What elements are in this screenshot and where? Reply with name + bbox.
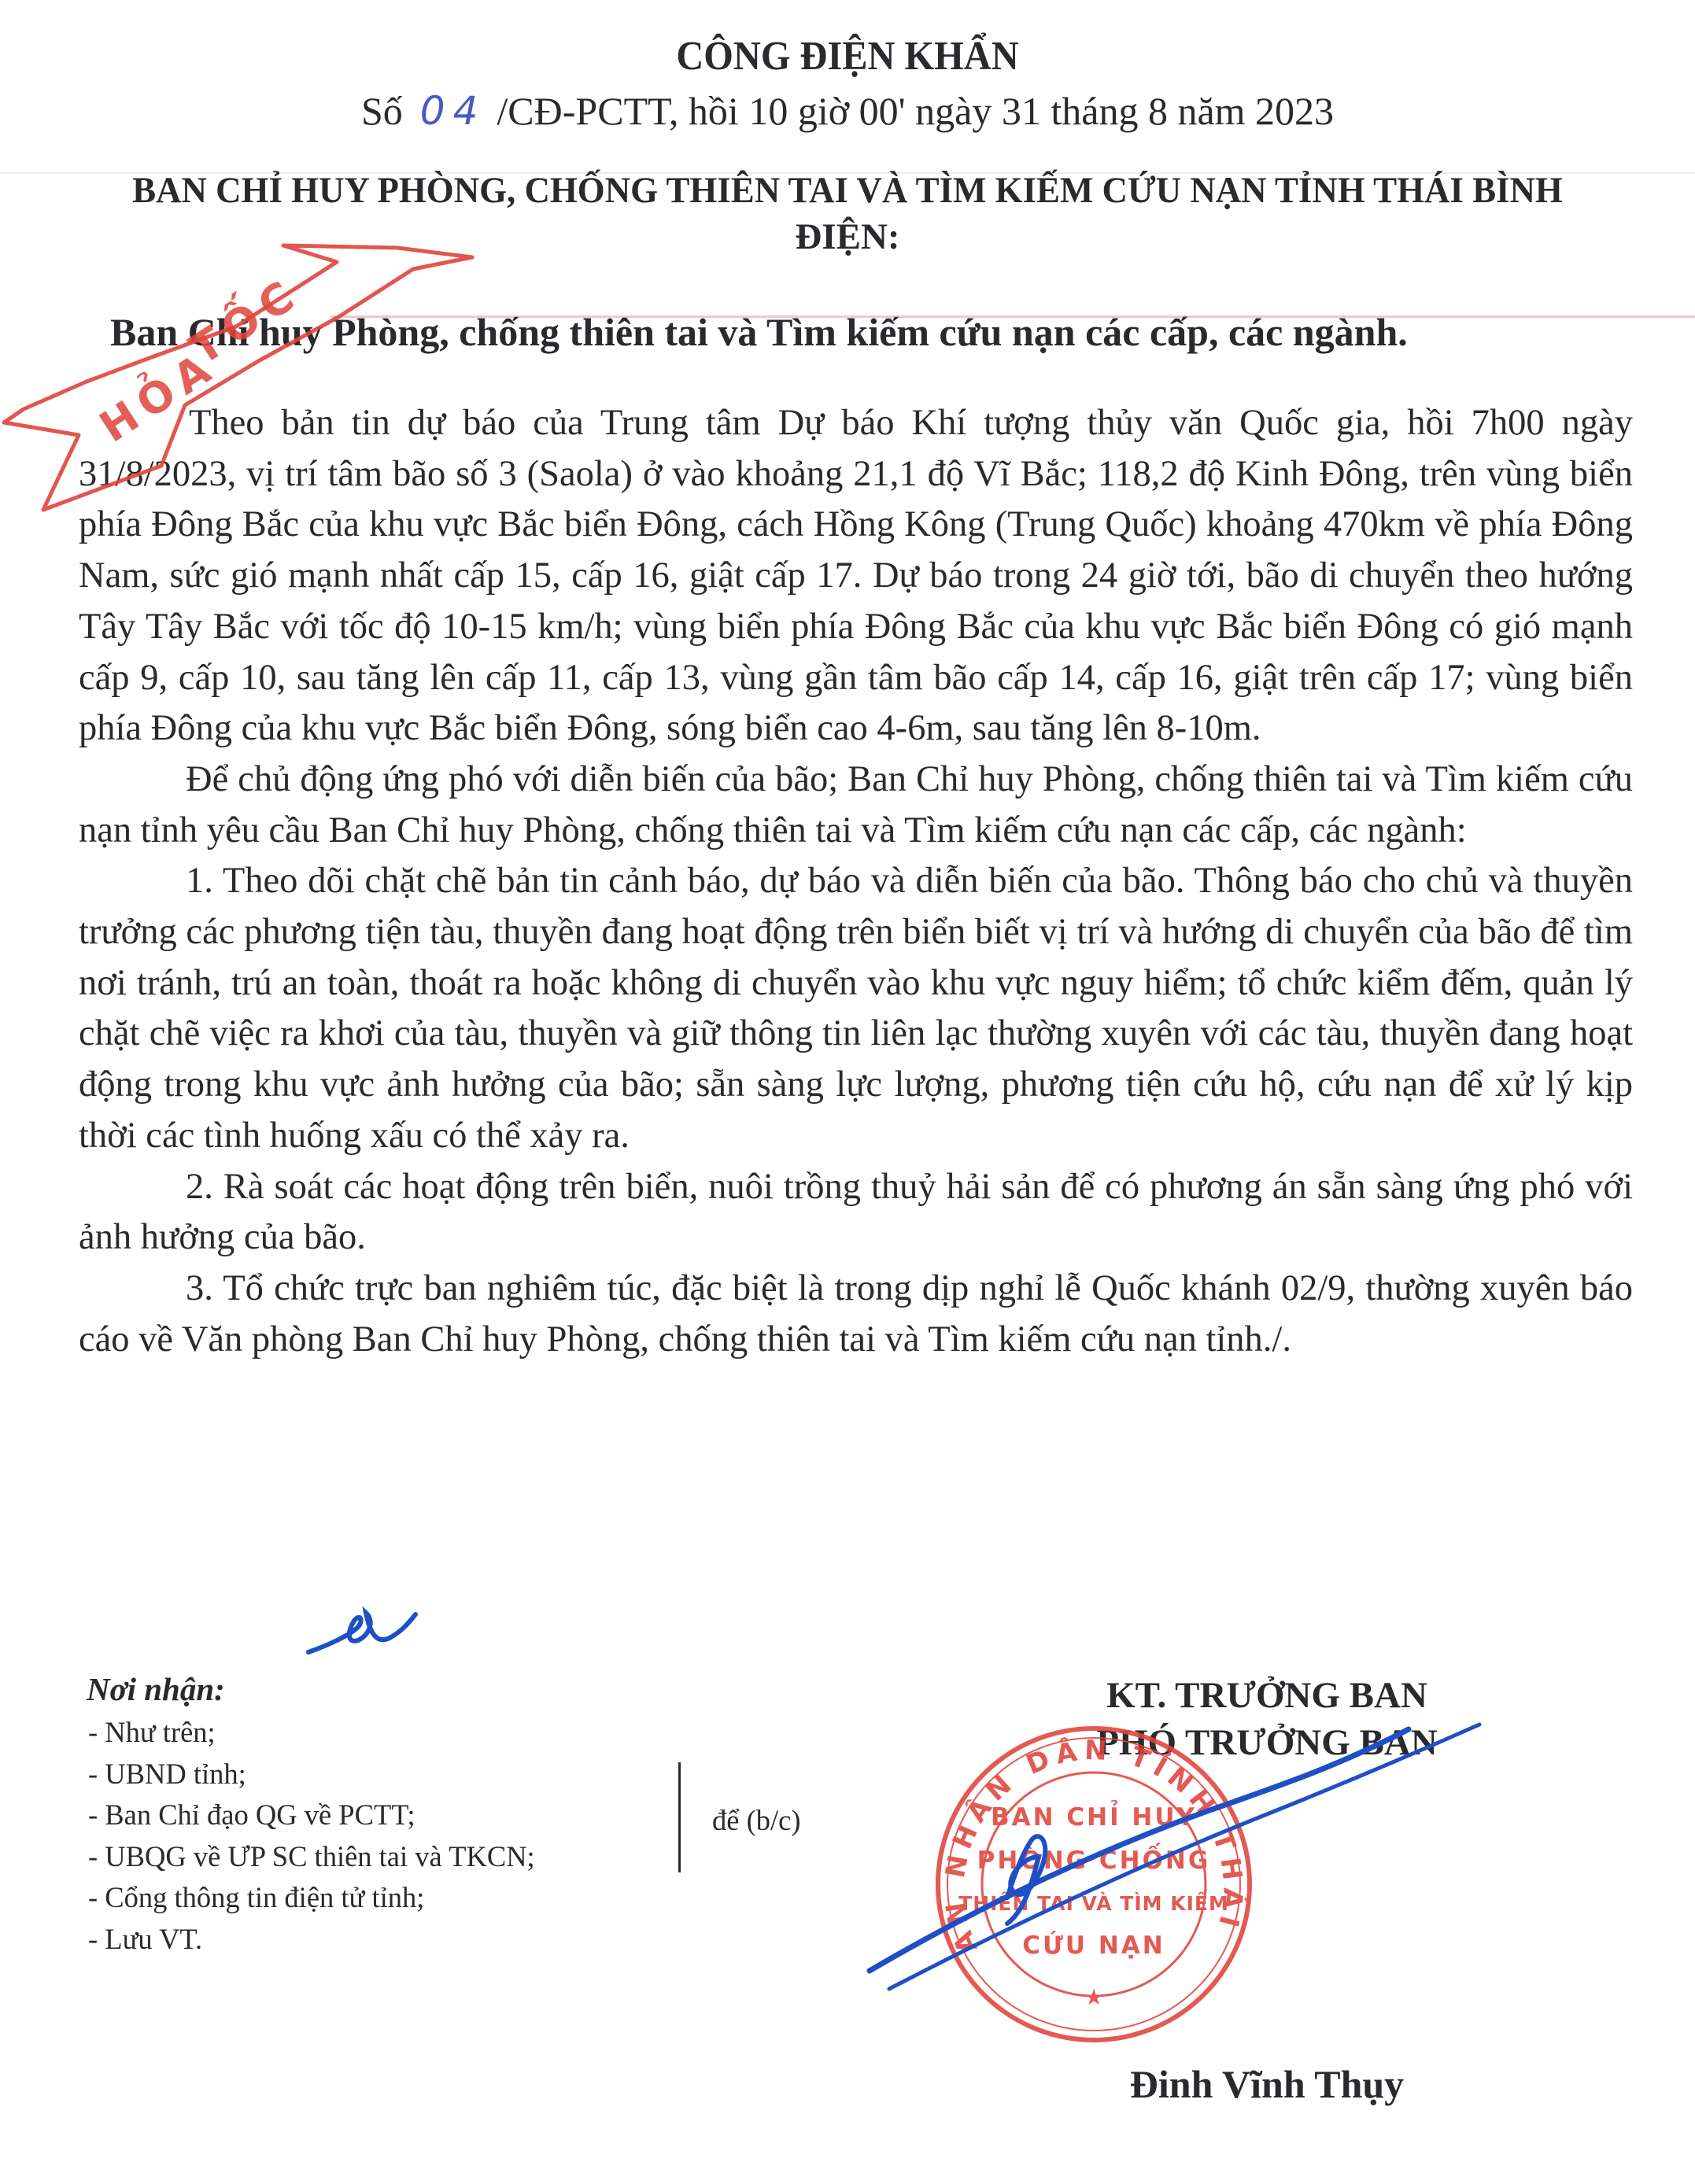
paragraph-item-3: 3. Tổ chức trực ban nghiêm túc, đặc biệt… (79, 1264, 1633, 1365)
paragraph-item-2: 2. Rà soát các hoạt động trên biển, nuôi… (79, 1162, 1633, 1264)
recipients-list: - Như trên; - UBND tỉnh; - Ban Chỉ đạo Q… (88, 1712, 535, 1960)
signer-name: Đinh Vĩnh Thụy (1007, 2061, 1527, 2107)
signature-title-2: PHÓ TRƯỞNG BAN (1007, 1721, 1527, 1764)
paragraph-item-1: 1. Theo dõi chặt chẽ bản tin cảnh báo, d… (79, 856, 1633, 1161)
svg-text:THIÊN TAI VÀ TÌM KIẾM: THIÊN TAI VÀ TÌM KIẾM (958, 1889, 1229, 1915)
issuer-label: ĐIỆN: (0, 216, 1695, 258)
initials-signature-icon (308, 1613, 415, 1652)
seal-star-icon: ★ (1084, 1986, 1103, 2010)
paragraph-forecast: Theo bản tin dự báo của Trung tâm Dự báo… (79, 398, 1633, 754)
recipient-item: - Ban Chỉ đạo QG về PCTT; (88, 1795, 535, 1836)
svg-text:PHÒNG CHỐNG: PHÒNG CHỐNG (977, 1843, 1211, 1875)
recipient-item: - UBQG về ƯP SC thiên tai và TKCN; (88, 1836, 535, 1878)
recipient-item: - Như trên; (88, 1712, 535, 1754)
recipient-item: - UBND tỉnh; (88, 1754, 535, 1795)
number-prefix: Số (361, 89, 403, 133)
main-signature-icon (870, 1725, 1479, 1989)
addressee: Ban Chỉ huy Phòng, chống thiên tai và Tì… (110, 309, 1408, 355)
recipients-title: Nơi nhận: (87, 1670, 225, 1708)
recipients-note: để (b/c) (712, 1803, 800, 1837)
document-number-line: Số04/CĐ-PCTT, hồi 10 giờ 00' ngày 31 thá… (0, 88, 1695, 134)
paragraph-request: Để chủ động ứng phó với diễn biến của bã… (79, 754, 1633, 856)
svg-text:CỨU NẠN: CỨU NẠN (1022, 1931, 1165, 1960)
document-body: Theo bản tin dự báo của Trung tâm Dự báo… (79, 398, 1633, 1365)
number-suffix: /CĐ-PCTT, hồi 10 giờ 00' ngày 31 tháng 8… (497, 89, 1334, 133)
recipient-item: - Lưu VT. (88, 1919, 535, 1961)
svg-text:BAN CHỈ HUY: BAN CHỈ HUY (991, 1801, 1197, 1832)
recipient-item: - Cổng thông tin điện tử tỉnh; (88, 1877, 535, 1919)
document-title: CÔNG ĐIỆN KHẨN (59, 33, 1635, 79)
issuer-name: BAN CHỈ HUY PHÒNG, CHỐNG THIÊN TAI VÀ TÌ… (38, 169, 1656, 212)
handwritten-number: 04 (420, 88, 486, 134)
signature-title-1: KT. TRƯỞNG BAN (1007, 1674, 1527, 1717)
recipients-bracket (678, 1762, 681, 1872)
